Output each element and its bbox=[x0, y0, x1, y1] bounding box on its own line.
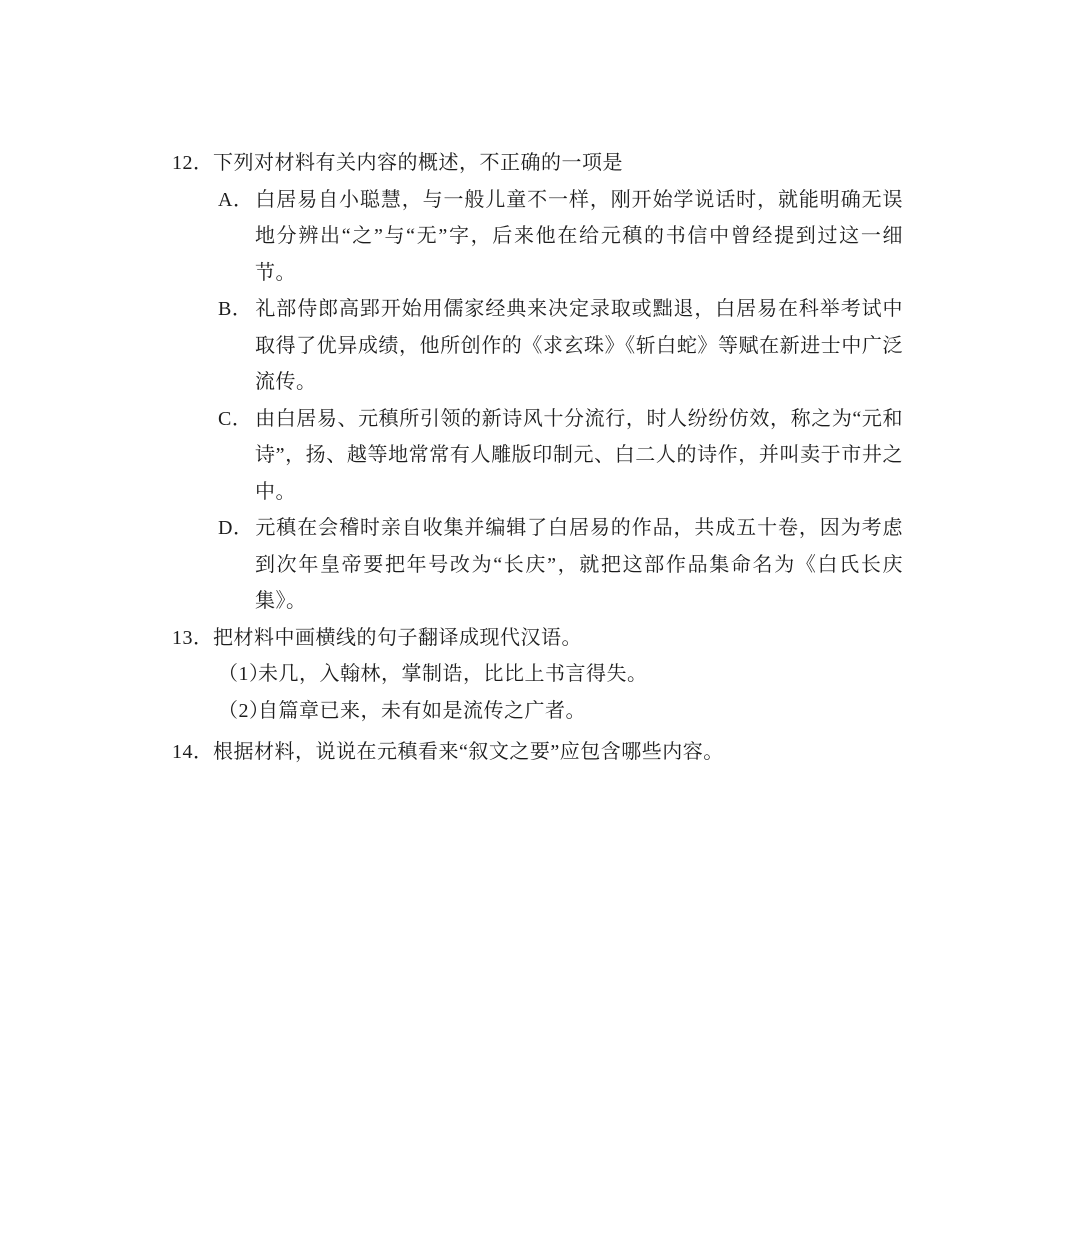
part-2-text: 自篇章已来，未有如是流传之广者。 bbox=[258, 700, 586, 722]
question-12-option-c: C．由白居易、元稹所引领的新诗风十分流行，时人纷纷仿效，称之为“元和诗”，扬、越… bbox=[172, 401, 903, 511]
question-12-number: 12． bbox=[172, 145, 213, 182]
part-2-label: （2） bbox=[218, 693, 258, 730]
question-12-stem-row: 12．下列对材料有关内容的概述，不正确的一项是 bbox=[172, 145, 903, 182]
question-13-stem: 把材料中画横线的句子翻译成现代汉语。 bbox=[213, 627, 582, 649]
part-1-label: （1） bbox=[218, 656, 258, 693]
exam-paper-page: 12．下列对材料有关内容的概述，不正确的一项是 A．白居易自小聪慧，与一般儿童不… bbox=[0, 0, 1077, 1260]
option-a-text: 白居易自小聪慧，与一般儿童不一样，刚开始学说话时，就能明确无误地分辨出“之”与“… bbox=[255, 189, 903, 284]
question-13-number: 13． bbox=[172, 620, 213, 657]
question-14-number: 14． bbox=[172, 734, 213, 771]
question-13-stem-row: 13．把材料中画横线的句子翻译成现代汉语。 bbox=[172, 620, 903, 657]
option-c-text: 由白居易、元稹所引领的新诗风十分流行，时人纷纷仿效，称之为“元和诗”，扬、越等地… bbox=[255, 408, 903, 503]
part-1-text: 未几，入翰林，掌制诰，比比上书言得失。 bbox=[258, 663, 648, 685]
question-12-stem: 下列对材料有关内容的概述，不正确的一项是 bbox=[213, 152, 623, 174]
question-13: 13．把材料中画横线的句子翻译成现代汉语。 （1）未几，入翰林，掌制诰，比比上书… bbox=[172, 620, 903, 730]
question-14-stem-row: 14．根据材料，说说在元稹看来“叙文之要”应包含哪些内容。 bbox=[172, 734, 903, 771]
question-12: 12．下列对材料有关内容的概述，不正确的一项是 A．白居易自小聪慧，与一般儿童不… bbox=[172, 145, 903, 620]
option-d-text: 元稹在会稽时亲自收集并编辑了白居易的作品，共成五十卷，因为考虑到次年皇帝要把年号… bbox=[255, 517, 903, 612]
option-c-label: C． bbox=[218, 401, 255, 438]
option-b-label: B． bbox=[218, 291, 255, 328]
page-content: 12．下列对材料有关内容的概述，不正确的一项是 A．白居易自小聪慧，与一般儿童不… bbox=[172, 145, 903, 771]
question-14-stem: 根据材料，说说在元稹看来“叙文之要”应包含哪些内容。 bbox=[213, 741, 724, 763]
question-13-part-2: （2）自篇章已来，未有如是流传之广者。 bbox=[172, 693, 903, 730]
question-12-option-a: A．白居易自小聪慧，与一般儿童不一样，刚开始学说话时，就能明确无误地分辨出“之”… bbox=[172, 182, 903, 292]
question-13-part-1: （1）未几，入翰林，掌制诰，比比上书言得失。 bbox=[172, 656, 903, 693]
question-12-option-d: D．元稹在会稽时亲自收集并编辑了白居易的作品，共成五十卷，因为考虑到次年皇帝要把… bbox=[172, 510, 903, 620]
option-d-label: D． bbox=[218, 510, 255, 547]
option-a-label: A． bbox=[218, 182, 255, 219]
question-12-option-b: B．礼部侍郎高郢开始用儒家经典来决定录取或黜退，白居易在科举考试中取得了优异成绩… bbox=[172, 291, 903, 401]
question-14: 14．根据材料，说说在元稹看来“叙文之要”应包含哪些内容。 bbox=[172, 734, 903, 771]
option-b-text: 礼部侍郎高郢开始用儒家经典来决定录取或黜退，白居易在科举考试中取得了优异成绩，他… bbox=[255, 298, 903, 393]
